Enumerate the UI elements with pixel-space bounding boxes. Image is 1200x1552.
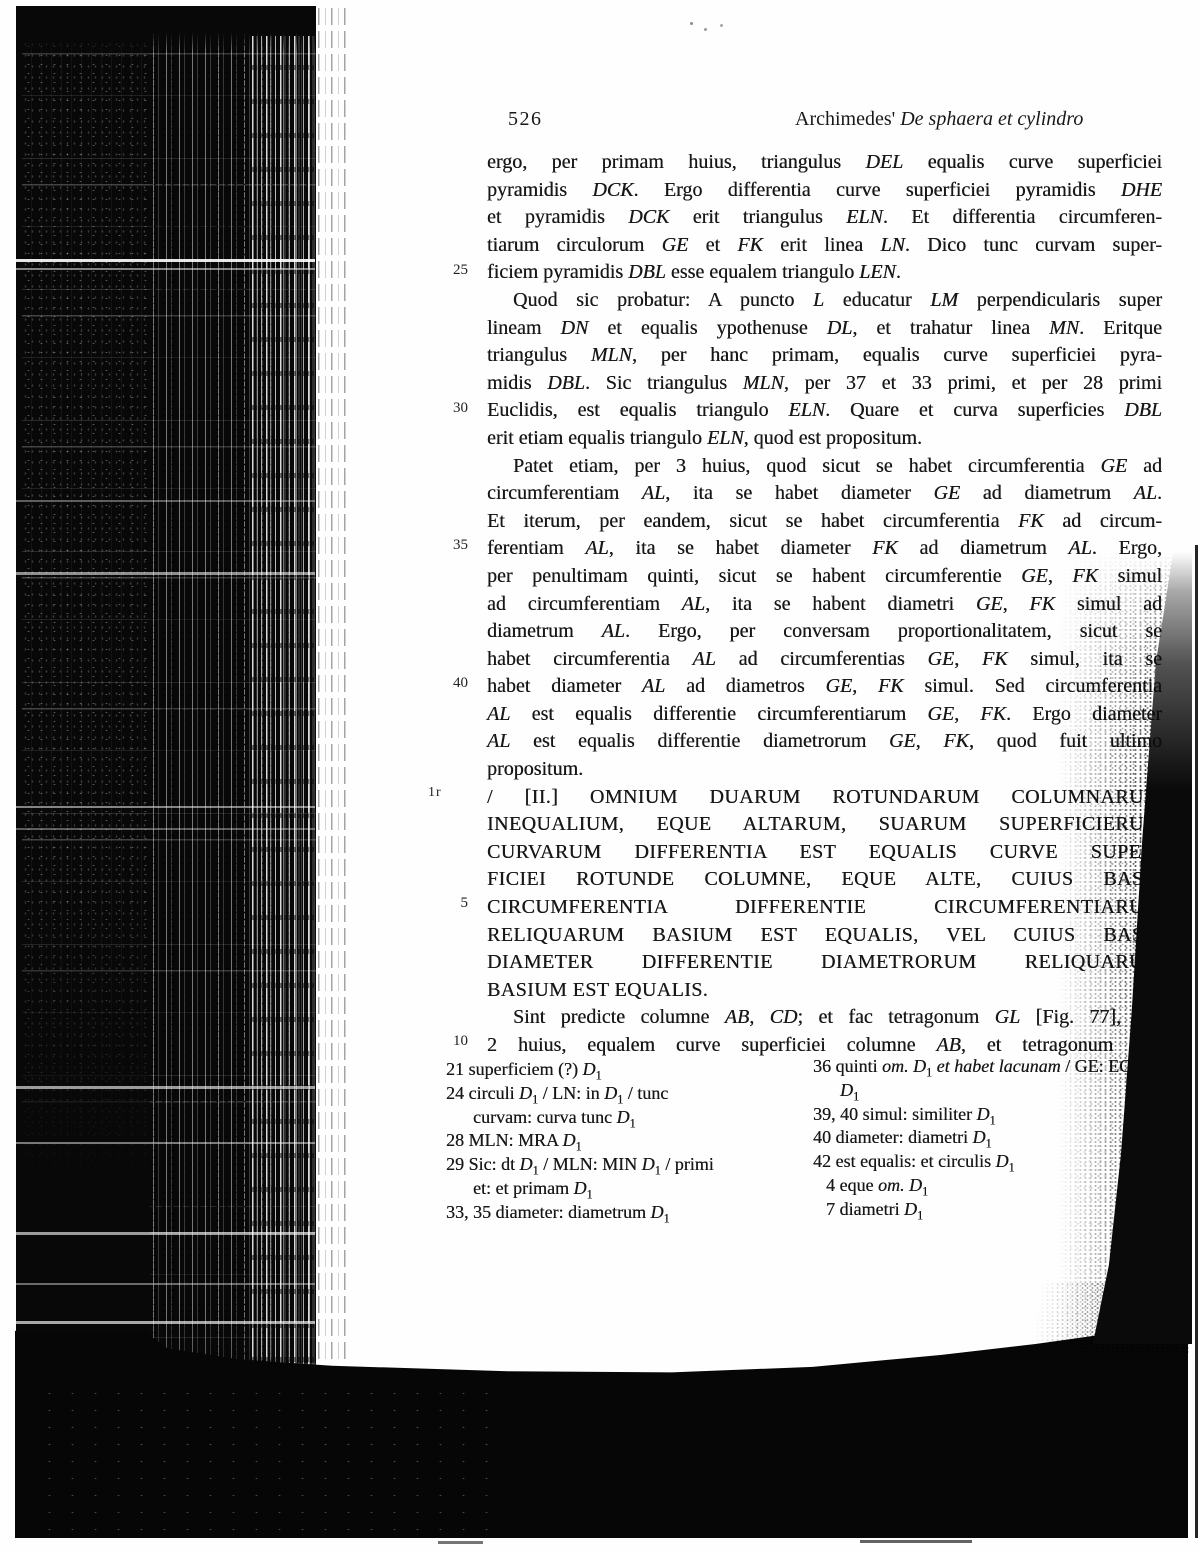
- gutter-white-streak: [16, 828, 315, 830]
- text-line: Et iterum, per eandem, sicut se habet ci…: [487, 508, 1162, 536]
- scan-top-marks: [690, 22, 693, 25]
- running-head: 526 Archimedes' De sphaera et cylindro: [0, 108, 1200, 138]
- scan-gutter-artifact: [16, 6, 316, 1420]
- apparatus-note: 29 Sic: dt D1 / MLN: MIN D1 / primi: [446, 1153, 714, 1177]
- apparatus-note: 28 MLN: MRA D1: [446, 1129, 714, 1153]
- page-number: 526: [508, 108, 543, 131]
- gutter-white-streak: [16, 1321, 315, 1324]
- text-line: ergo, per primam huius, triangulus DEL e…: [487, 149, 1162, 177]
- running-title: Archimedes' De sphaera et cylindro: [795, 108, 1083, 131]
- gutter-white-streak: [16, 259, 315, 262]
- margin-line-number: 30: [420, 400, 468, 417]
- text-line: ficiem pyramidis DBL esse equalem triang…: [487, 259, 1162, 287]
- gutter-white-streak: [16, 1142, 315, 1144]
- text-line: circumferentiam AL, ita se habet diamete…: [487, 480, 1162, 508]
- apparatus-note: 33, 35 diameter: diametrum D1: [446, 1201, 714, 1225]
- scan-smudge-artifact: [1058, 552, 1192, 1344]
- gutter-white-streak: [16, 268, 315, 270]
- text-line: Quod sic probatur: A puncto L educatur L…: [487, 287, 1162, 315]
- margin-line-number: 35: [420, 537, 468, 554]
- gutter-speckle-texture: [22, 6, 150, 1420]
- text-line: Euclidis, est equalis triangulo ELN. Qua…: [487, 397, 1162, 425]
- apparatus-note: 21 superficiem (?) D1: [446, 1058, 714, 1082]
- gutter-white-streak: [16, 1086, 315, 1089]
- text-line: pyramidis DCK. Ergo differentia curve su…: [487, 177, 1162, 205]
- margin-line-number: 5: [420, 895, 468, 912]
- text-line: lineam DN et equalis ypothenuse DL, et t…: [487, 315, 1162, 343]
- text-line: Patet etiam, per 3 huius, quod sicut se …: [487, 453, 1162, 481]
- gutter-barcode-stripes: [252, 36, 316, 1408]
- margin-folio-reference: 1r: [428, 785, 442, 801]
- apparatus-note-continuation: et: et primam D1: [446, 1177, 714, 1201]
- apparatus-note: 24 circuli D1 / LN: in D1 / tunc: [446, 1082, 714, 1106]
- gutter-stray-lines: [318, 8, 348, 1360]
- text-line: et pyramidis DCK erit triangulus ELN. Et…: [487, 204, 1162, 232]
- scanned-book-page: 526 Archimedes' De sphaera et cylindro 2…: [0, 0, 1200, 1552]
- scan-edge-line: [1195, 545, 1198, 1538]
- text-line: erit etiam equalis triangulo ELN, quod e…: [487, 425, 1162, 453]
- text-line: tiarum circulorum GE et FK erit linea LN…: [487, 232, 1162, 260]
- margin-line-number: 25: [420, 262, 468, 279]
- gutter-white-streak: [16, 1232, 315, 1235]
- apparatus-left-column: 21 superficiem (?) D1 24 circuli D1 / LN…: [446, 1058, 714, 1225]
- apparatus-note-continuation: curvam: curva tunc D1: [446, 1106, 714, 1130]
- scan-bottom-mark: [438, 1541, 483, 1544]
- scan-bottom-speckle: [38, 1385, 507, 1538]
- margin-line-number: 40: [420, 675, 468, 692]
- gutter-white-streak: [16, 1283, 315, 1285]
- margin-line-number: 10: [420, 1033, 468, 1050]
- gutter-white-streak: [16, 806, 315, 808]
- text-line: midis DBL. Sic triangulus MLN, per 37 et…: [487, 370, 1162, 398]
- text-line: triangulus MLN, per hanc primam, equalis…: [487, 342, 1162, 370]
- gutter-white-streak: [16, 500, 315, 502]
- scan-bottom-mark: [860, 1540, 972, 1543]
- gutter-white-streak: [16, 572, 315, 575]
